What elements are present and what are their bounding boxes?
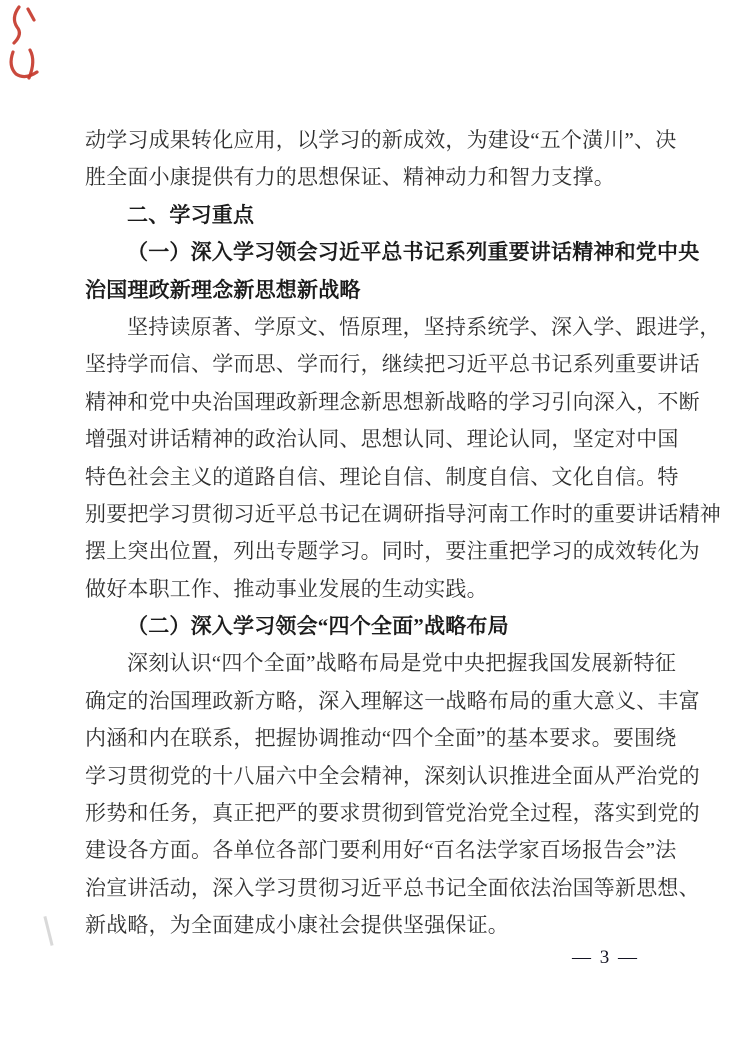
text-line-18: 学习贯彻党的十八届六中全会精神，深刻认识推进全面从严治党的 [85, 758, 736, 795]
document-text-block: 动学习成果转化应用，以学习的新成效，为建设“五个潢川”、决 胜全面小康提供有力的… [85, 122, 736, 945]
red-ink-mark-top-tick [28, 9, 34, 20]
text-line-01: 动学习成果转化应用，以学习的新成效，为建设“五个潢川”、决 [85, 122, 736, 159]
text-line-22: 新战略，为全面建成小康社会提供坚强保证。 [85, 907, 736, 944]
text-line-17: 内涵和内在联系，把握协调推动“四个全面”的基本要求。要围绕 [85, 720, 736, 757]
text-line-20: 建设各方面。各单位各部门要利用好“百名法学家百场报告会”法 [85, 832, 736, 869]
text-line-08: 精神和党中央治国理政新理念新思想新战略的学习引向深入，不断 [85, 384, 736, 421]
text-line-13: 做好本职工作、推动事业发展的生动实践。 [85, 571, 736, 608]
text-line-11: 别要把学习贯彻习近平总书记在调研指导河南工作时的重要讲话精神 [85, 496, 736, 533]
subsection-heading-2: （二）深入学习领会“四个全面”战略布局 [85, 608, 736, 645]
red-ink-mark-bottom-hook [29, 50, 33, 78]
text-line-02: 胜全面小康提供有力的思想保证、精神动力和智力支撑。 [85, 159, 736, 196]
text-line-07: 坚持学而信、学而思、学而行，继续把习近平总书记系列重要讲话 [85, 346, 736, 383]
subsection-heading-1-line-1: （一）深入学习领会习近平总书记系列重要讲话精神和党中央 [85, 234, 736, 271]
text-line-09: 增强对讲话精神的政治认同、思想认同、理论认同，坚定对中国 [85, 421, 736, 458]
red-ink-mark-top [14, 7, 19, 43]
text-line-10: 特色社会主义的道路自信、理论自信、制度自信、文化自信。特 [85, 459, 736, 496]
document-page: 动学习成果转化应用，以学习的新成效，为建设“五个潢川”、决 胜全面小康提供有力的… [0, 0, 736, 1049]
text-line-15: 深刻认识“四个全面”战略布局是党中央把握我国发展新特征 [85, 645, 736, 682]
red-ink-marks [2, 2, 46, 86]
scan-artifact [43, 916, 53, 946]
text-line-06: 坚持读原著、学原文、悟原理，坚持系统学、深入学、跟进学， [85, 309, 736, 346]
page-number: — 3 — [572, 947, 639, 969]
text-line-19: 形势和任务，真正把严的要求贯彻到管党治党全过程，落实到党的 [85, 795, 736, 832]
subsection-heading-1-line-2: 治国理政新理念新思想新战略 [85, 272, 736, 309]
section-heading-2: 二、学习重点 [85, 197, 736, 234]
text-line-12: 摆上突出位置，列出专题学习。同时，要注重把学习的成效转化为 [85, 533, 736, 570]
text-line-16: 确定的治国理政新方略，深入理解这一战略布局的重大意义、丰富 [85, 683, 736, 720]
text-line-21: 治宣讲活动，深入学习贯彻习近平总书记全面依法治国等新思想、 [85, 870, 736, 907]
